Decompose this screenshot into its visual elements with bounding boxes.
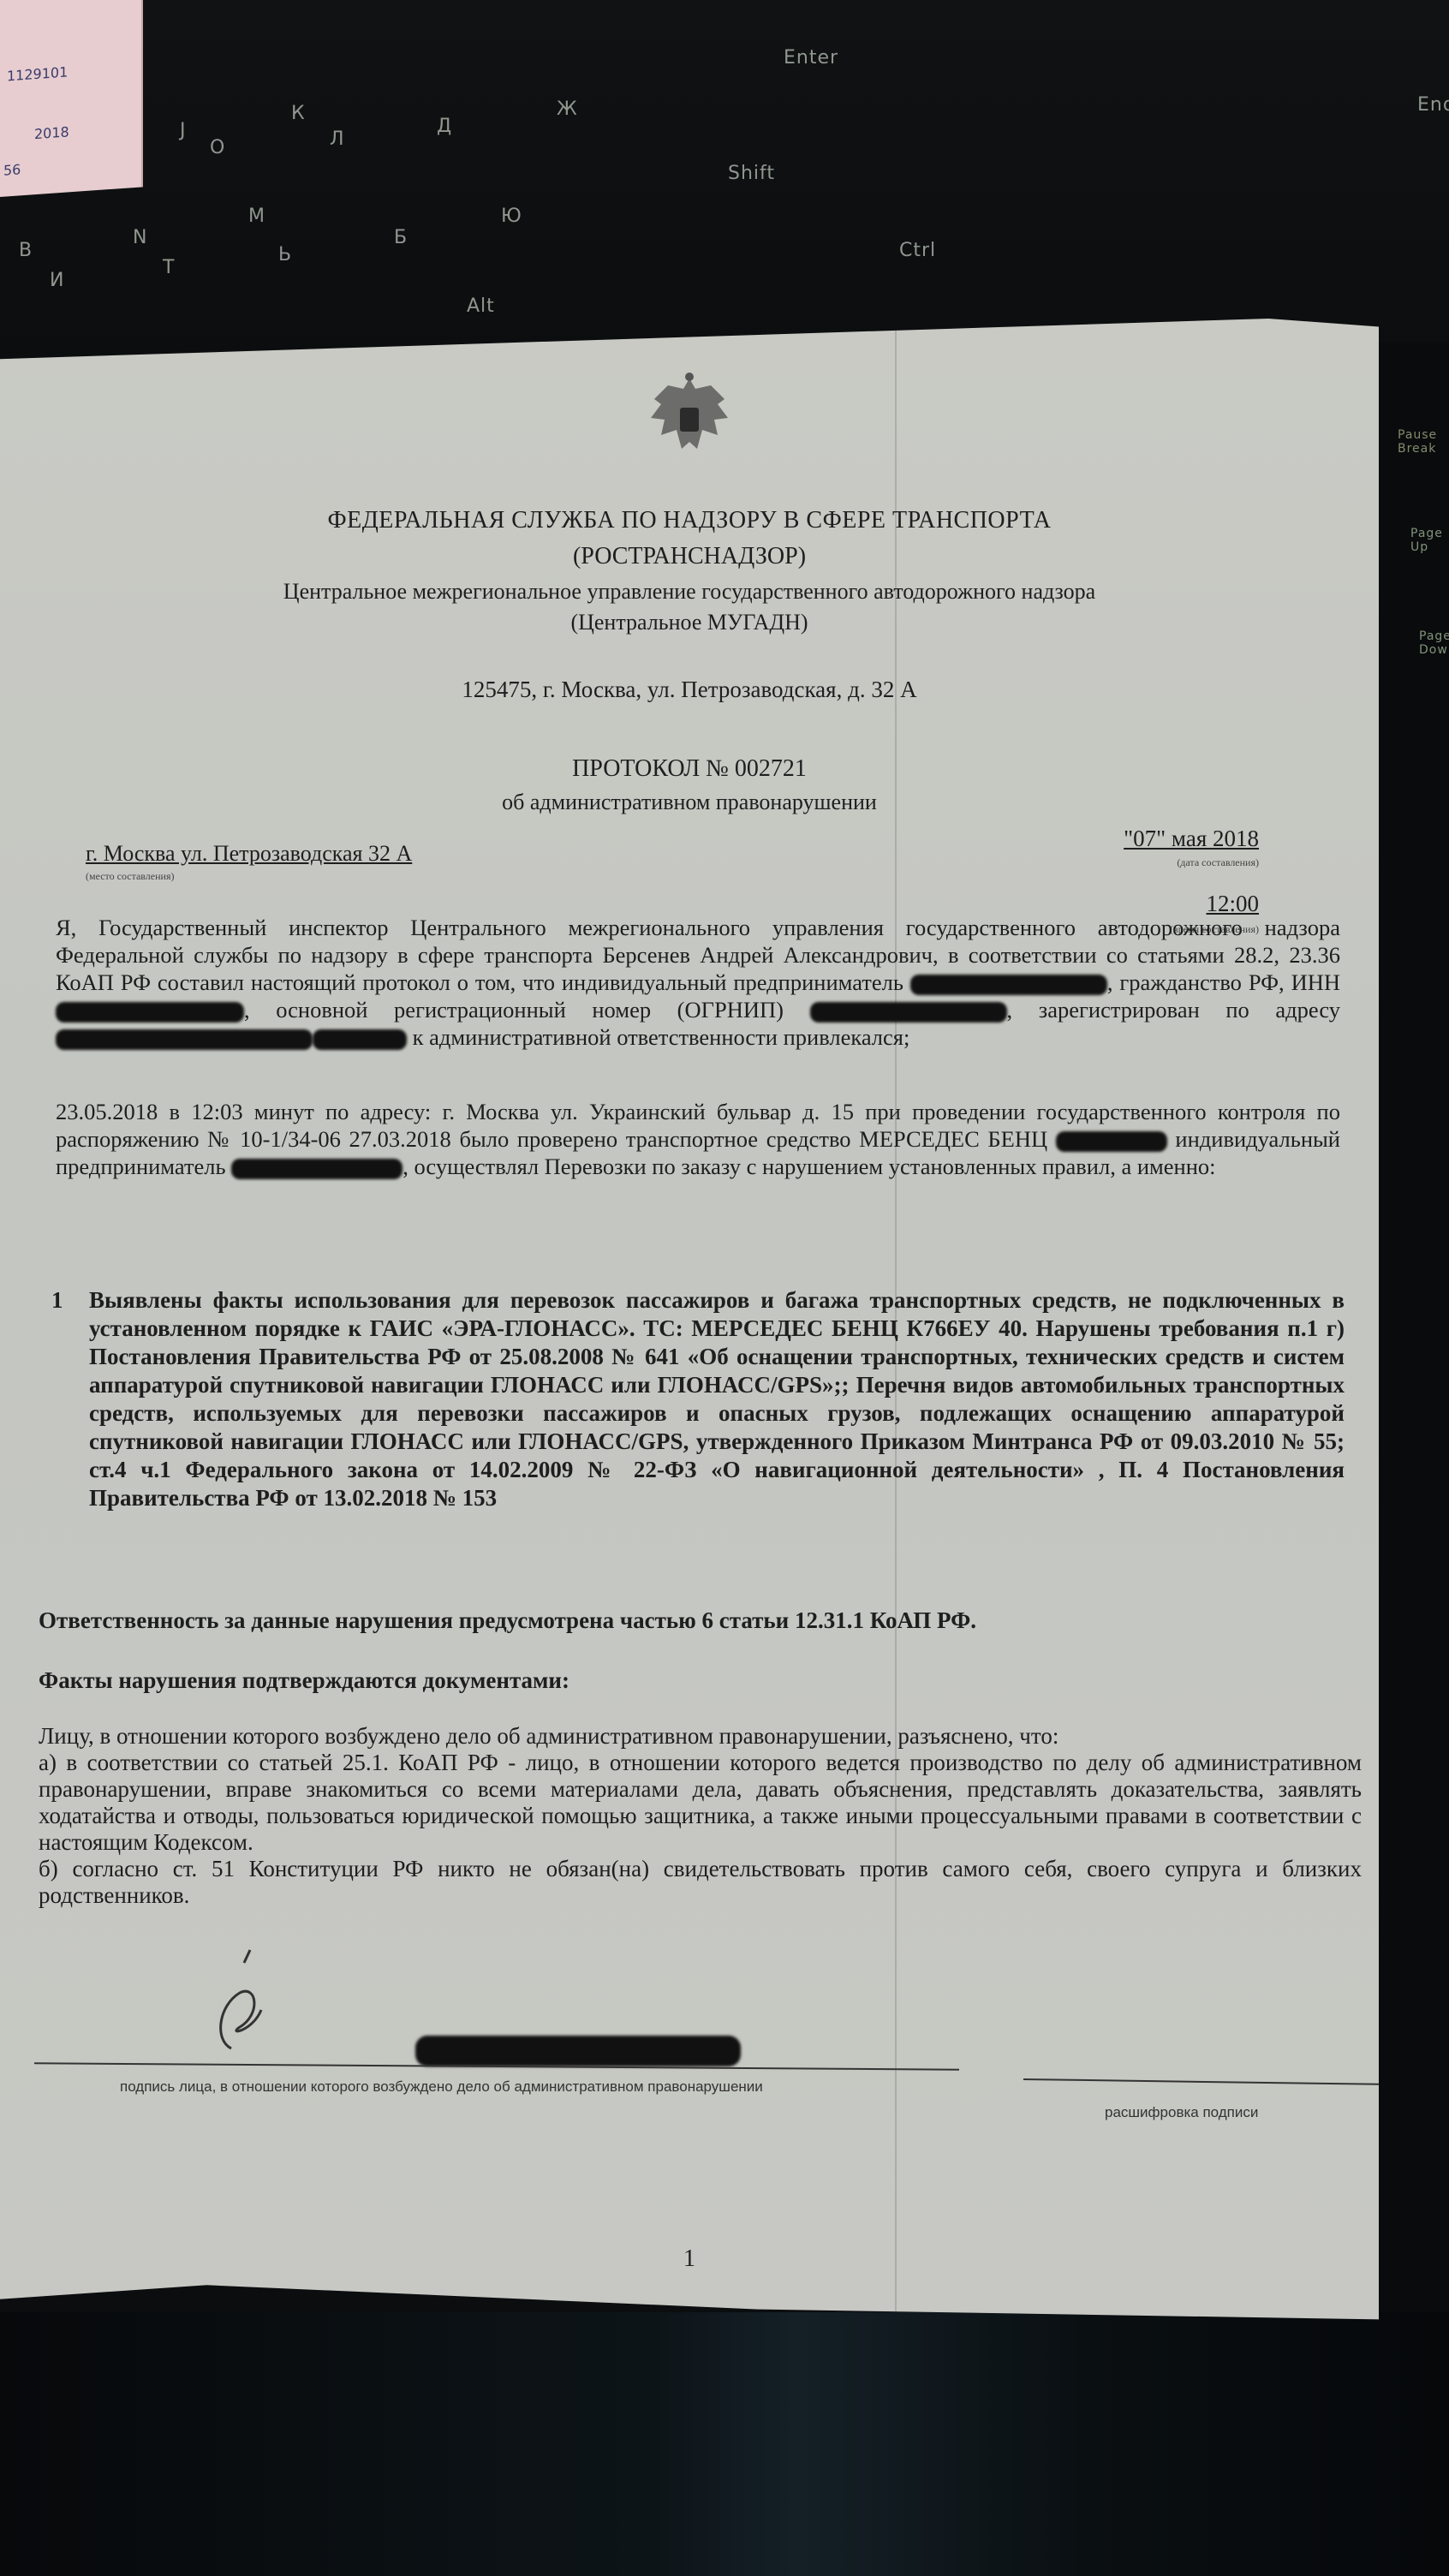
agency-short-name: (РОСТРАНСНАДЗОР)	[0, 543, 1379, 570]
statement-text: , основной регистрационный номер (ОГРНИП…	[244, 997, 810, 1023]
key-k: К	[291, 103, 306, 124]
key-ctrl: Ctrl	[899, 240, 936, 261]
place-of-compilation: г. Москва ул. Петрозаводская 32 А	[86, 841, 412, 867]
signature-caption-right: расшифровка подписи	[1105, 2104, 1258, 2121]
rights-explanation: Лицу, в отношении которого возбуждено де…	[39, 1723, 1362, 1909]
signature-scribble-icon	[180, 1946, 334, 2057]
redacted-name	[910, 975, 1107, 995]
redacted-address	[56, 1029, 313, 1050]
agency-name: ФЕДЕРАЛЬНАЯ СЛУЖБА ПО НАДЗОРУ В СФЕРЕ ТР…	[0, 507, 1379, 534]
redacted-ogrnip	[810, 1002, 1007, 1023]
protocol-subtitle: об административном правонарушении	[0, 790, 1379, 815]
key-b: Б	[394, 227, 408, 248]
document-page: ФЕДЕРАЛЬНАЯ СЛУЖБА ПО НАДЗОРУ В СФЕРЕ ТР…	[0, 319, 1379, 2340]
key-pause-break: Pause Break	[1398, 428, 1449, 456]
department-name: Центральное межрегиональное управление г…	[0, 579, 1379, 605]
keyboard-background: 1129101 2018 56 Enter Shift Ctrl Alt End…	[0, 0, 1449, 360]
key-i: И	[50, 270, 64, 291]
compilation-date: "07" мая 2018	[1124, 826, 1259, 852]
fabric-background	[0, 2312, 1449, 2576]
violation-item: 1 Выявлены факты использования для перев…	[51, 1286, 1345, 1512]
key-n: N	[133, 227, 147, 248]
sticker-text: 2018	[34, 123, 69, 142]
department-short-name: (Центральное МУГАДН)	[0, 610, 1379, 635]
statement-text: , гражданство РФ, ИНН	[1107, 969, 1340, 995]
inspection-details: 23.05.2018 в 12:03 минут по адресу: г. М…	[56, 1098, 1340, 1180]
page-number: 1	[0, 2245, 1379, 2273]
rights-item-b: б) согласно ст. 51 Конституции РФ никто …	[39, 1856, 1362, 1909]
rights-intro: Лицу, в отношении которого возбуждено де…	[39, 1723, 1362, 1750]
key-t: Т	[163, 257, 175, 278]
key-page-down: Page Down	[1419, 629, 1449, 657]
redacted-inn	[56, 1002, 244, 1023]
key-d: Д	[437, 116, 452, 137]
redacted-signature-name	[415, 2036, 741, 2066]
key-m: М	[248, 206, 265, 227]
signature-caption-left: подпись лица, в отношении которого возбу…	[120, 2078, 763, 2096]
signature-line-right	[1023, 2078, 1392, 2085]
inspection-text: , осуществлял Перевозки по заказу с нару…	[402, 1154, 1215, 1179]
key-zh: Ж	[557, 98, 578, 120]
statement-text: к административной ответственности привл…	[407, 1024, 909, 1050]
key-j: J	[180, 120, 187, 141]
redacted-plate	[1056, 1131, 1167, 1152]
key-alt: Alt	[467, 295, 495, 317]
rights-item-a: а) в соответствии со статьей 25.1. КоАП …	[39, 1750, 1362, 1856]
sticker: 1129101 2018 56	[0, 0, 143, 197]
key-o: О	[210, 137, 225, 158]
violation-number: 1	[51, 1286, 72, 1512]
key-l: Л	[330, 128, 345, 150]
key-end: End	[1417, 94, 1449, 116]
key-page-up: Page Up	[1410, 527, 1449, 554]
key-shift: Shift	[728, 163, 775, 184]
redacted-entrepreneur	[231, 1159, 402, 1179]
date-caption: (дата составления)	[1177, 856, 1259, 869]
sticker-text: 1129101	[7, 63, 68, 84]
facts-statement: Факты нарушения подтверждаются документа…	[39, 1667, 569, 1694]
agency-address: 125475, г. Москва, ул. Петрозаводская, д…	[0, 677, 1379, 703]
violation-text: Выявлены факты использования для перевоз…	[89, 1286, 1345, 1512]
key-enter: Enter	[784, 47, 838, 69]
redacted-address-cont	[313, 1029, 407, 1050]
coat-of-arms-icon	[638, 370, 741, 473]
responsibility-statement: Ответственность за данные нарушения пред…	[39, 1607, 976, 1634]
key-yu: Ю	[501, 206, 522, 227]
inspector-statement: Я, Государственный инспектор Центральног…	[56, 914, 1340, 1051]
place-caption: (место составления)	[86, 870, 174, 883]
protocol-title: ПРОТОКОЛ № 002721	[0, 755, 1379, 783]
key-v: В	[19, 240, 33, 261]
sticker-text: 56	[3, 161, 21, 178]
key-soft: Ь	[278, 244, 292, 265]
statement-text: , зарегистрирован по адресу	[1007, 997, 1340, 1023]
